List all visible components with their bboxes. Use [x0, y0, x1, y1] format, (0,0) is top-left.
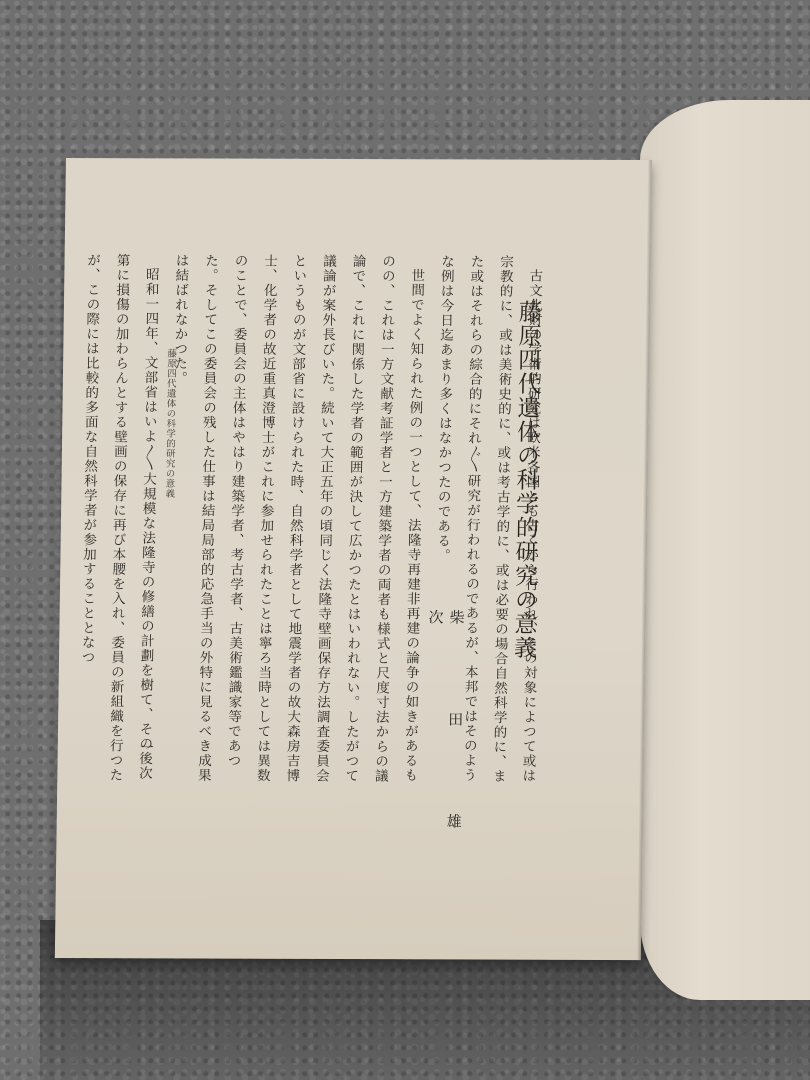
running-head: 藤原四代遺体の科学的研究の意義	[161, 348, 177, 498]
paragraph-1: 古文化財の学術的研究は欧米各国とも古くから行われ、その対象によつて或は宗教的に、…	[423, 254, 549, 794]
paragraph-2: 世間でよく知られた例の一つとして、法隆寺再建非再建の論争の如きがあるものの、これ…	[158, 253, 431, 794]
body-text: 古文化財の学術的研究は欧米各国とも古くから行われ、その対象によつて或は宗教的に、…	[141, 253, 549, 794]
book-page: 藤原四代遺体の科学的研究の意義 柴 田 雄 次 古文化財の学術的研究は欧米各国と…	[55, 158, 652, 960]
page-number: 一	[136, 740, 156, 754]
paragraph-3: 昭和一四年、文部省はいよ〳〵大規模な法隆寺の修繕の計劃を樹て、その後次第に損傷の…	[69, 253, 165, 793]
facing-page	[640, 100, 810, 1000]
